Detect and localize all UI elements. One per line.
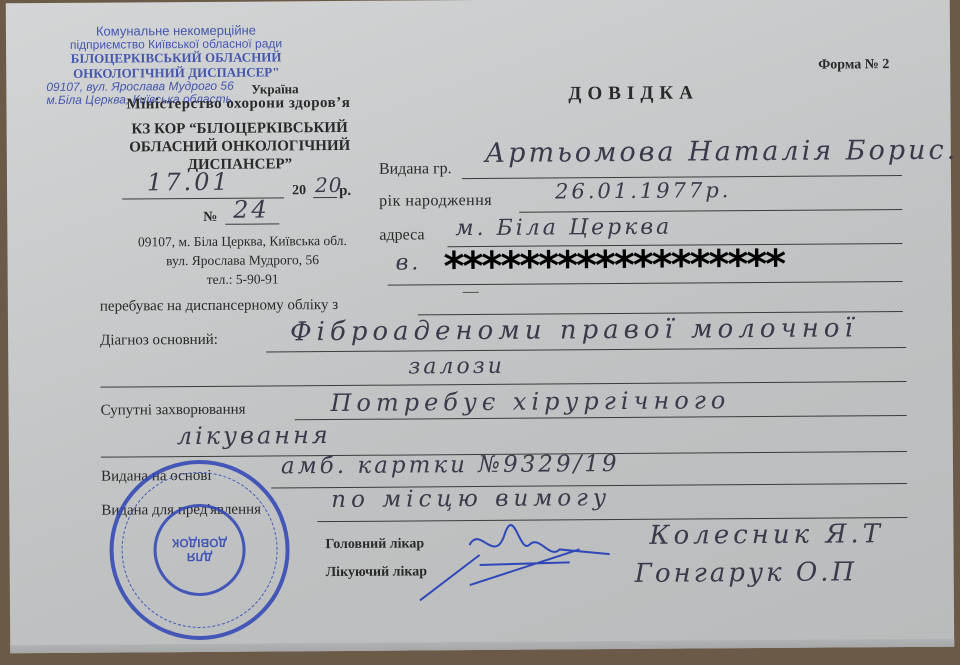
- issue-date: 17.01: [147, 168, 231, 197]
- number-label: №: [203, 210, 217, 226]
- diagnosis-value-2: залози: [408, 354, 505, 380]
- stamp-center: ДЛЯ ДОВІДОК: [153, 504, 246, 597]
- birth-underline: [519, 209, 902, 213]
- issued-to-label: Видана гр.: [379, 160, 452, 179]
- phone: тел.: 5-90-91: [108, 269, 378, 290]
- basis-value: амб. картки №9329/19: [281, 451, 620, 479]
- attending-doctor-name: Гонгарук О.П: [635, 557, 858, 589]
- document-number: 24: [233, 195, 270, 223]
- birth-label: рік народження: [379, 192, 492, 211]
- form-number: Форма № 2: [818, 57, 889, 73]
- organization-name: КЗ КОР “БІЛОЦЕРКІВСЬКИЙ ОБЛАСНИЙ ОНКОЛОГ…: [115, 119, 365, 175]
- comorbid-value-1: Потребує хірургічного: [330, 386, 730, 417]
- org-line-2: ОБЛАСНИЙ ОНКОЛОГІЧНИЙ: [115, 137, 365, 157]
- diagnosis-value-1: Фіброаденоми правої молочної: [290, 313, 858, 347]
- document-paper: Комунальне некомерційне підприємство Киї…: [6, 0, 955, 653]
- diagnosis-underline-1: [266, 347, 906, 352]
- chief-doctor-name: Колесник Я.Т: [649, 519, 884, 551]
- year-suffix: р.: [339, 183, 351, 200]
- registry-label: перебуває на диспансерному обліку з: [100, 297, 338, 316]
- round-stamp: ДЛЯ ДОВІДОК: [109, 459, 290, 640]
- diagnosis-label: Діагноз основний:: [100, 332, 218, 350]
- address-prefix: в.: [395, 250, 421, 275]
- year-prefix: 20: [292, 183, 306, 199]
- diagnosis-underline-2: [100, 381, 906, 388]
- document-title: ДОВІДКА: [568, 82, 699, 105]
- address-line-2: вул. Ярослава Мудрого, 56: [107, 250, 377, 271]
- comorbid-label: Супутні захворювання: [101, 402, 246, 420]
- purpose-value: по місцю вимогу: [331, 485, 611, 513]
- comorbid-value-2: лікування: [177, 421, 331, 450]
- patient-city: м. Біла Церква: [455, 215, 672, 242]
- address-label: адреса: [379, 226, 424, 244]
- number-underline: [225, 223, 279, 224]
- address-line-1: 09107, м. Біла Церква, Київська обл.: [107, 231, 377, 252]
- birth-date: 26.01.1977р.: [555, 178, 732, 203]
- patient-name: Артьомова Наталія Борис.: [485, 135, 959, 169]
- signature-scribble: [409, 514, 630, 611]
- stamp-center-line-2: ДОВІДОК: [172, 536, 227, 550]
- ministry-label: Міністерство охорони здоров’я: [126, 95, 350, 114]
- org-line-1: КЗ КОР “БІЛОЦЕРКІВСЬКИЙ: [115, 119, 365, 139]
- stamp-center-line-1: ДЛЯ: [187, 550, 213, 564]
- institution-address: 09107, м. Біла Церква, Київська обл. вул…: [107, 231, 377, 290]
- registry-value: —: [463, 283, 479, 301]
- year-underline: [313, 197, 337, 198]
